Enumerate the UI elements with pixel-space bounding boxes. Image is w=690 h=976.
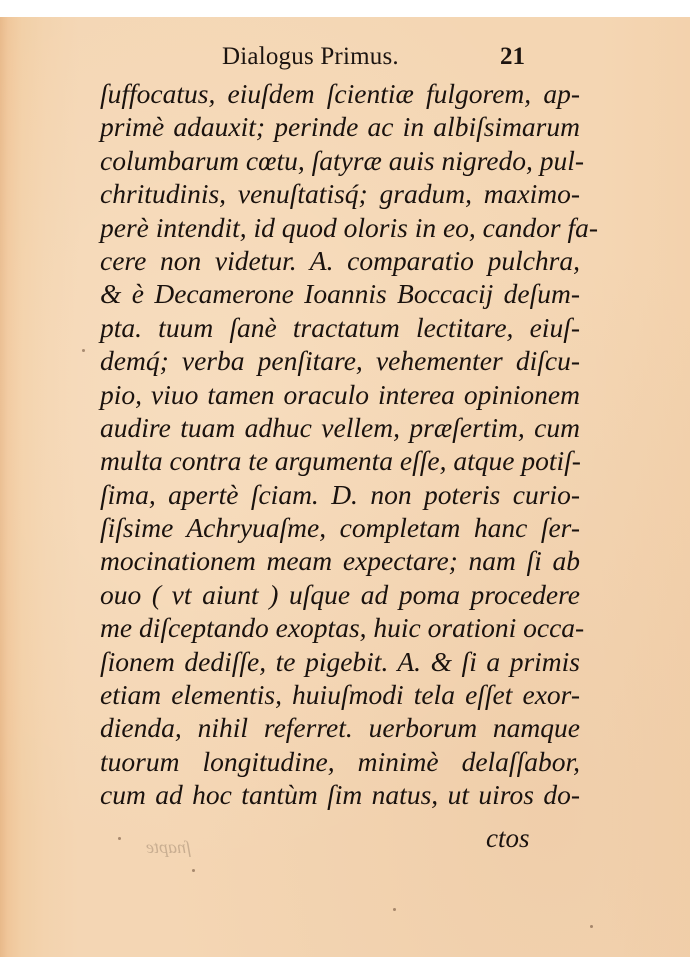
text-line: demq́; verba penſitare, vehementer diſcu… bbox=[100, 344, 580, 377]
text-line: etiam elementis, huiuſmodi tela eſſet ex… bbox=[100, 678, 580, 711]
paper-speck bbox=[393, 908, 396, 911]
text-line: me diſceptando exoptas, huic orationi oc… bbox=[100, 611, 580, 644]
text-line: cum ad hoc tantùm ſim natus, ut uiros do… bbox=[100, 778, 580, 811]
page-header: Dialogus Primus. 21 bbox=[0, 43, 690, 77]
text-line: pio, viuo tamen oraculo interea opinione… bbox=[100, 378, 580, 411]
text-line: perè intendit, id quod oloris in eo, can… bbox=[100, 211, 580, 244]
text-line: columbarum cœtu, ſatyræ auis nigredo, pu… bbox=[100, 144, 580, 177]
paper-speck bbox=[118, 837, 121, 840]
text-line: chritudinis, venuſtatisq́; gradum, maxim… bbox=[100, 177, 580, 210]
text-line: dienda, nihil referret. uerborum namque bbox=[100, 711, 580, 744]
text-line: & è Decamerone Ioannis Boccacij deſum- bbox=[100, 277, 580, 310]
text-line: ſima, apertè ſciam. D. non poteris curio… bbox=[100, 478, 580, 511]
text-line: ouo ( vt aiunt ) uſque ad poma procedere bbox=[100, 578, 580, 611]
running-head: Dialogus Primus. bbox=[222, 43, 399, 71]
paper-speck bbox=[192, 869, 195, 872]
text-line: tuorum longitudine, minimè delaſſabor, bbox=[100, 745, 580, 778]
text-line: pta. tuum ſanè tractatum lectitare, eiuſ… bbox=[100, 311, 580, 344]
body-text: ſuffocatus, eiuſdem ſcientiæ fulgorem, a… bbox=[100, 77, 580, 812]
text-line: multa contra te argumenta eſſe, atque po… bbox=[100, 444, 580, 477]
paper-speck bbox=[590, 925, 593, 928]
text-line: ſionem dediſſe, te pigebit. A. & ſi a pr… bbox=[100, 645, 580, 678]
text-line: mocinationem meam expectare; nam ſi ab bbox=[100, 544, 580, 577]
book-page: Dialogus Primus. 21 ſuffocatus, eiuſdem … bbox=[0, 17, 690, 957]
show-through-text: ſnapte bbox=[146, 837, 191, 858]
catchword: ctos bbox=[486, 823, 530, 854]
text-line: ſiſsime Achryuaſme, completam hanc ſer- bbox=[100, 511, 580, 544]
text-line: ſuffocatus, eiuſdem ſcientiæ fulgorem, a… bbox=[100, 77, 580, 110]
text-line: primè adauxit; perinde ac in albiſsimaru… bbox=[100, 110, 580, 143]
page-number: 21 bbox=[500, 43, 525, 71]
text-line: audire tuam adhuc vellem, præſertim, cum bbox=[100, 411, 580, 444]
text-line: cere non videtur. A. comparatio pulchra, bbox=[100, 244, 580, 277]
paper-speck bbox=[82, 349, 85, 352]
